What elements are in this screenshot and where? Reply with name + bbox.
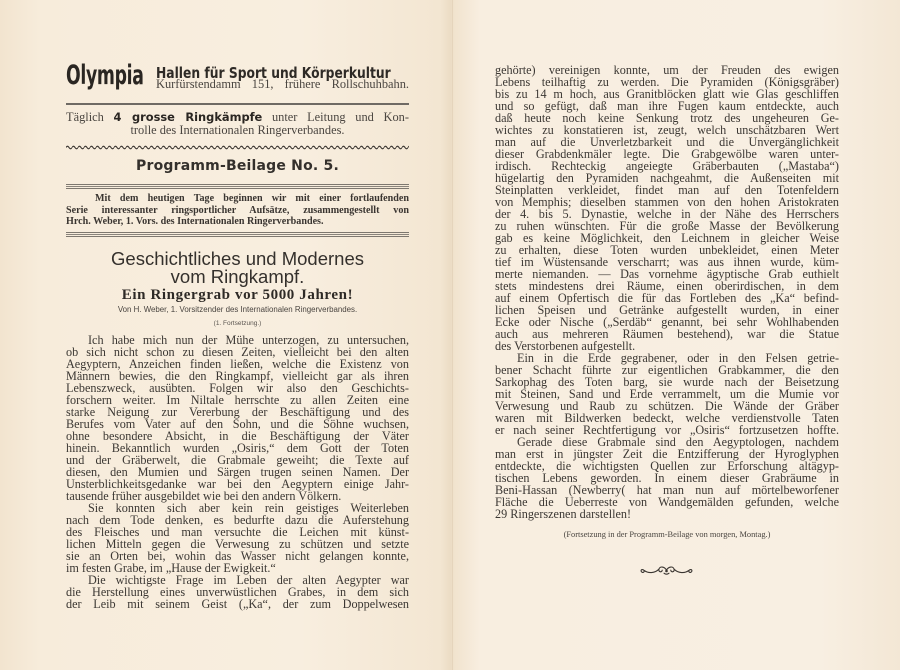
announcement-prefix: Täglich <box>66 110 104 124</box>
text-line: der Leib mit seinem Geist („Ka“, der zum… <box>66 598 409 610</box>
page-fold <box>452 0 453 670</box>
text-line: Mit dem heutigen Tage beginnen wir mit e… <box>66 193 409 205</box>
announcement-highlight: 4 grosse Ringkämpfe <box>114 110 263 124</box>
article-title-line-2: vom Ringkampf. <box>66 268 409 286</box>
article-subtitle: Ein Ringergrab vor 5000 Jahren! <box>66 287 409 303</box>
text-line: Hrch. Weber, 1. Vors. des Internationale… <box>66 216 409 228</box>
wavy-divider <box>66 144 409 150</box>
continuation-footnote: (Fortsetzung in der Programm-Beilage von… <box>495 530 839 540</box>
scroll-ornament-icon <box>638 564 695 576</box>
text-line: Serie interessanter ringsportlicher Aufs… <box>66 205 409 217</box>
intro-paragraph: Mit dem heutigen Tage beginnen wir mit e… <box>66 193 409 228</box>
supplement-title: Programm-Beilage No. 5. <box>66 158 409 174</box>
announcement-line-2: trolle des Internationalen Ringerverband… <box>66 124 409 137</box>
double-rule-bottom <box>66 232 409 233</box>
article-body-right: gehörte) vereinigen konnte, um der Freud… <box>495 64 839 520</box>
announcement-suffix: unter Leitung und Kon- <box>272 110 409 124</box>
double-rule-top <box>66 184 409 185</box>
text-line: 29 Ringerszenen darstellen! <box>495 508 839 520</box>
continuation-note: (1. Fortsetzung.) <box>66 320 409 328</box>
masthead-address: Kurfürstendamm 151, frühere Rollschuhbah… <box>156 78 409 90</box>
article-byline: Von H. Weber, 1. Vorsitzender des Intern… <box>66 305 409 314</box>
header-rule <box>66 103 409 105</box>
article-body-left: Ich habe mich nun der Mühe unterzogen, z… <box>66 334 409 610</box>
